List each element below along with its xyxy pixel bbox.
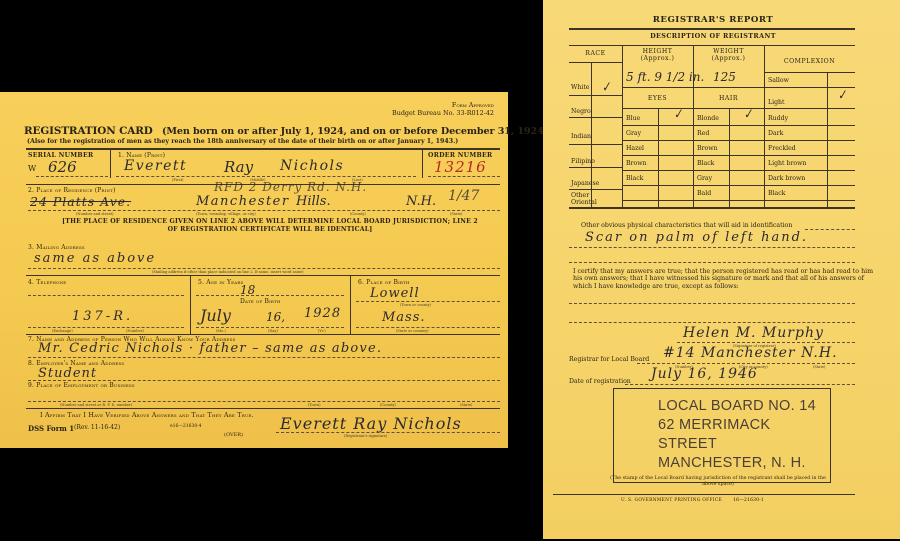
employment-state-caption: (State)	[460, 403, 472, 407]
residence-label: 2. Place of Residence (Print)	[28, 187, 116, 194]
dashed-rule	[805, 229, 855, 230]
complexion-option-light: Light	[768, 99, 785, 106]
registrant-signature[interactable]: Everett Ray Nichols	[280, 414, 462, 433]
eyes-header: EYES	[622, 95, 693, 102]
birth-day-value[interactable]: 16,	[266, 310, 285, 324]
residence-town[interactable]: Manchester	[196, 194, 290, 209]
signature-caption: (Registrant's signature)	[344, 434, 387, 438]
eyes-option-hazel: Hazel	[626, 145, 644, 152]
complexion-option-black: Black	[768, 190, 785, 197]
exchange-caption: (Exchange)	[52, 329, 73, 333]
grid-line	[622, 200, 855, 201]
height-value[interactable]: 5 ft. 9 1/2 in.	[626, 70, 704, 84]
form-id: DSS Form 1	[28, 424, 74, 433]
divider	[26, 148, 500, 150]
divider	[569, 28, 855, 30]
registration-date-value[interactable]: July 16, 1946	[651, 366, 758, 382]
grid-line	[569, 117, 622, 118]
budget-bureau-number: Budget Bureau No. 33-R012-42	[392, 109, 494, 117]
divider	[190, 276, 191, 334]
grid-line	[569, 62, 622, 63]
grid-line	[622, 140, 855, 141]
dashed-rule	[28, 327, 184, 328]
height-header-text: HEIGHT	[622, 48, 693, 55]
complexion-option-freckled: Freckled	[768, 145, 796, 152]
place-of-birth-label: 6. Place of Birth	[358, 279, 410, 286]
form-approved-notice: Form Approved Budget Bureau No. 33-R012-…	[392, 101, 494, 117]
employment-town-caption: (Town)	[308, 403, 320, 407]
middle-name-value[interactable]: Ray	[224, 158, 253, 176]
registrars-report-card: REGISTRAR'S REPORT DESCRIPTION OF REGIST…	[543, 0, 900, 539]
other-characteristics-label: Other obvious physical characteristics t…	[581, 222, 792, 229]
printer-label: U. S. GOVERNMENT PRINTING OFFICE	[621, 498, 722, 503]
registration-date-label: Date of registration	[569, 378, 631, 385]
birth-town-value[interactable]: Lowell	[370, 286, 420, 301]
street-caption: (Number and street)	[76, 212, 114, 216]
dashed-rule	[28, 357, 500, 358]
birth-town-caption: (Town or county)	[400, 303, 431, 307]
first-name-value[interactable]: Everett	[124, 158, 187, 174]
dashed-rule	[36, 176, 108, 177]
grid-line	[658, 108, 659, 207]
race-option-filipino: Filipino	[571, 158, 595, 165]
telephone-label: 4. Telephone	[28, 279, 66, 286]
print-code: e16—21630-4	[170, 424, 202, 429]
dashed-rule	[28, 295, 184, 296]
employment-county-caption: (County)	[380, 403, 396, 407]
hair-option-gray: Gray	[697, 175, 712, 182]
hair-option-red: Red	[697, 130, 709, 137]
grid-line	[622, 125, 855, 126]
number-caption: (Number)	[126, 329, 144, 333]
weight-header-text: WEIGHT	[693, 48, 764, 55]
race-option-japanese: Japanese	[571, 180, 599, 187]
stamp-line-2: 62 MERRIMACK STREET	[658, 416, 830, 454]
registration-card: Form Approved Budget Bureau No. 33-R012-…	[0, 92, 508, 448]
card-title-text: REGISTRATION CARD	[24, 125, 153, 137]
serial-prefix: W	[28, 164, 36, 173]
town-caption: (Town, township, village, or city)	[196, 212, 256, 216]
jurisdiction-notice: [THE PLACE OF RESIDENCE GIVEN ON LINE 2 …	[60, 218, 480, 234]
dashed-rule	[356, 327, 500, 328]
local-board-label: Registrar for Local Board	[569, 356, 649, 363]
stamp-caption: (The stamp of the Local Board having jur…	[603, 476, 833, 487]
first-caption: (First)	[172, 178, 183, 182]
local-board-stamp: LOCAL BOARD NO. 14 62 MERRIMACK STREET M…	[613, 388, 831, 483]
mailing-address-value[interactable]: same as above	[34, 251, 156, 266]
eyes-option-gray: Gray	[626, 130, 641, 137]
eyes-option-brown: Brown	[626, 160, 647, 167]
race-option-negro: Negro	[571, 108, 591, 115]
form-approved-label: Form Approved	[392, 101, 494, 109]
divider	[26, 408, 500, 409]
dashed-rule	[569, 303, 855, 304]
dashed-rule	[28, 401, 500, 402]
serial-number-value[interactable]: 626	[48, 158, 77, 176]
contact-person-value[interactable]: Mr. Cedric Nichols · father – same as ab…	[38, 341, 382, 356]
certification-text: I certify that my answers are true; that…	[573, 268, 875, 290]
age-label: 5. Age in Years	[198, 279, 244, 286]
dashed-rule	[625, 384, 855, 385]
residence-county[interactable]: Hills.	[296, 194, 331, 209]
complexion-option-dark: Dark	[768, 130, 783, 137]
employment-street-caption: (Number and street or R. F. D. number)	[60, 403, 132, 407]
dashed-rule	[569, 247, 855, 248]
card-title-scope: (Men born on or after July 1, 1924, and …	[162, 126, 548, 137]
divider	[350, 276, 351, 334]
residence-annotation: 1/47	[448, 188, 479, 204]
report-title: REGISTRAR'S REPORT	[543, 15, 883, 25]
race-option-white: White	[571, 84, 589, 91]
divider	[26, 275, 500, 276]
grid-line	[569, 207, 855, 209]
dashed-rule	[637, 363, 855, 364]
grid-line	[764, 72, 855, 73]
grid-line	[764, 108, 855, 109]
complexion-header: COMPLEXION	[764, 58, 855, 65]
dashed-rule	[276, 432, 500, 433]
grid-line	[764, 45, 765, 207]
card-title: REGISTRATION CARD (Men born on or after …	[24, 125, 500, 137]
residence-state[interactable]: N.H.	[406, 194, 436, 209]
grid-line	[622, 155, 855, 156]
date-of-birth-label: Date of Birth	[240, 298, 281, 305]
divider	[26, 334, 500, 335]
birth-year-value[interactable]: 1928	[304, 306, 341, 321]
grid-line	[569, 167, 622, 168]
complexion-light-check[interactable]: ✓	[835, 87, 848, 103]
weight-value[interactable]: 125	[713, 70, 736, 84]
grid-line	[569, 189, 622, 190]
affirmation-text: I Affirm That I Have Verified Above Answ…	[40, 411, 254, 419]
race-option-indian: Indian	[571, 133, 591, 140]
order-number-value[interactable]: 13216	[434, 158, 487, 176]
telephone-value[interactable]: 137-R.	[72, 309, 133, 324]
weight-header: WEIGHT (Approx.)	[693, 48, 764, 62]
grid-line	[729, 108, 730, 207]
form-revision: (Rev. 11-16-42)	[74, 424, 120, 431]
hair-option-blonde: Blonde	[697, 115, 719, 122]
divider	[569, 45, 855, 46]
dashed-rule	[116, 176, 416, 177]
height-header-sub: (Approx.)	[622, 55, 693, 62]
board-state-caption: (State)	[813, 365, 825, 369]
complexion-option-ruddy: Ruddy	[768, 115, 788, 122]
hair-option-bald: Bald	[697, 190, 711, 197]
card-subtitle: (Also for the registration of men as the…	[27, 138, 458, 145]
birth-month-value[interactable]: July	[200, 306, 231, 325]
hair-option-black: Black	[697, 160, 714, 167]
dashed-rule	[569, 322, 855, 323]
race-white-check[interactable]: ✓	[599, 79, 612, 95]
height-header: HEIGHT (Approx.)	[622, 48, 693, 62]
dashed-rule	[428, 176, 500, 177]
eyes-option-black: Black	[626, 175, 643, 182]
grid-line	[569, 95, 622, 96]
description-subtitle: DESCRIPTION OF REGISTRANT	[543, 32, 883, 40]
dashed-rule	[356, 301, 500, 302]
other-characteristics-value[interactable]: Scar on palm of left hand.	[585, 230, 808, 245]
complexion-option-sallow: Sallow	[768, 77, 789, 84]
printer-code: 16—21630-1	[733, 498, 764, 503]
race-option-other-oriental: Other Oriental	[571, 192, 592, 206]
weight-header-sub: (Approx.)	[693, 55, 764, 62]
over-label: (OVER)	[224, 432, 243, 438]
divider	[553, 494, 855, 495]
complexion-option-dark-brown: Dark brown	[768, 175, 805, 182]
local-board-value[interactable]: #14 Manchester N.H.	[663, 345, 838, 361]
dashed-rule	[28, 380, 500, 381]
day-caption: (Day)	[268, 329, 278, 333]
dashed-rule	[196, 327, 344, 328]
month-caption: (Mo.)	[216, 329, 226, 333]
dashed-rule	[28, 210, 500, 211]
hair-option-brown: Brown	[697, 145, 718, 152]
residence-street-crossed[interactable]: 24 Platts Ave.	[30, 194, 131, 209]
state-caption: (State)	[450, 212, 462, 216]
dashed-rule	[28, 268, 500, 269]
last-name-value[interactable]: Nichols	[280, 158, 344, 174]
complexion-option-light-brown: Light brown	[768, 160, 806, 167]
employer-value[interactable]: Student	[38, 366, 97, 381]
dashed-rule	[677, 342, 855, 343]
registrar-signature[interactable]: Helen M. Murphy	[683, 325, 824, 341]
grid-line	[569, 144, 622, 145]
grid-line	[622, 87, 764, 88]
race-header: RACE	[569, 50, 622, 57]
eyes-option-blue: Blue	[626, 115, 640, 122]
dashed-rule	[196, 295, 344, 296]
residence-street-correction[interactable]: RFD 2 Derry Rd. N.H.	[214, 180, 367, 194]
year-caption: (Yr.)	[318, 329, 326, 333]
divider	[422, 150, 423, 178]
place-of-employment-label: 9. Place of Employment or Business	[28, 382, 135, 389]
stamp-line-3: MANCHESTER, N. H.	[658, 454, 830, 473]
grid-line	[622, 45, 623, 207]
mailing-caption: (Mailing address if other than place ind…	[152, 270, 304, 274]
birth-state-value[interactable]: Mass.	[382, 310, 426, 325]
birth-state-caption: (State or country)	[396, 329, 429, 333]
grid-line	[622, 185, 855, 186]
divider	[110, 150, 111, 178]
mailing-address-label: 3. Mailing Address	[28, 244, 85, 251]
stamp-line-1: LOCAL BOARD NO. 14	[658, 397, 830, 416]
hair-header: HAIR	[693, 95, 764, 102]
grid-line	[622, 170, 855, 171]
county-caption: (County)	[350, 212, 366, 216]
dashed-rule	[569, 262, 855, 263]
